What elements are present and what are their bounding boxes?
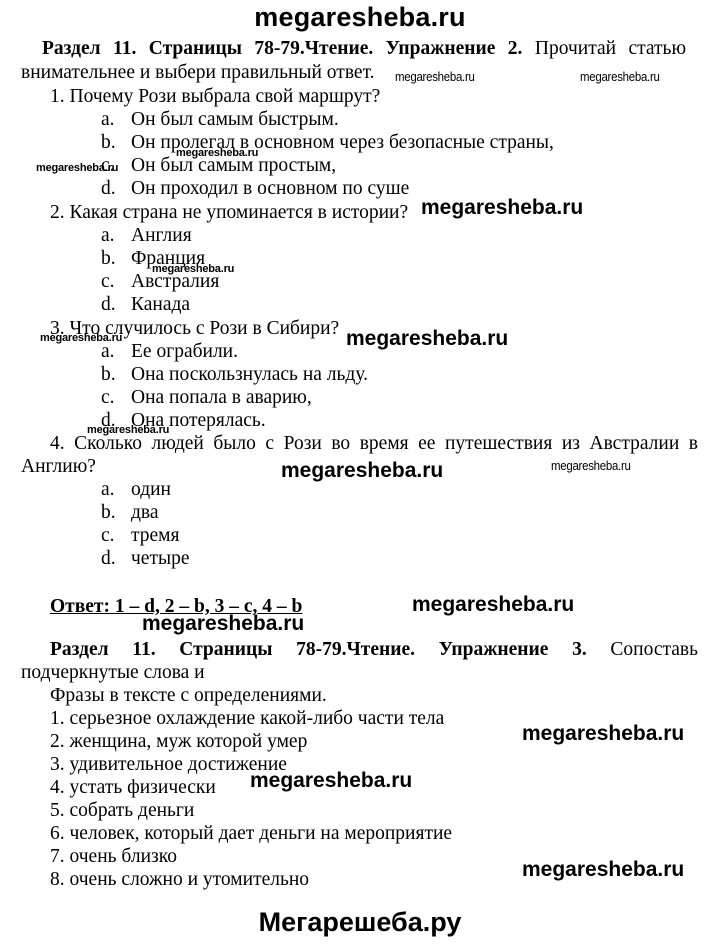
watermark: megaresheba.ru [522, 858, 684, 882]
exercise3-instruction: Сопоставь [610, 639, 698, 660]
definition-item: 4. устать физически [50, 776, 216, 799]
watermark: megaresheba.ru [87, 424, 169, 436]
exercise3-instruction-cont2: Фразы в тексте с определениями. [50, 684, 327, 707]
option-3c: c.Она попала в аварию, [101, 386, 312, 409]
exercise2-heading-line: Раздел 11. Страницы 78-79.Чтение. Упражн… [42, 37, 686, 60]
definition-item: 8. очень сложно и утомительно [50, 868, 309, 891]
option-4c: c.тремя [101, 524, 179, 547]
definition-item: 6. человек, который дает деньги на мероп… [50, 822, 452, 845]
footer-site-title: Мегарешеба.ру [0, 907, 720, 938]
watermark: megaresheba.ru [522, 722, 684, 746]
option-2a: a.Англия [101, 224, 192, 247]
question-2: 2. Какая страна не упоминается в истории… [50, 201, 408, 224]
exercise3-heading: Раздел 11. Страницы 78-79.Чтение. Упражн… [50, 639, 587, 660]
watermark: megaresheba.ru [551, 458, 631, 473]
definition-item: 7. очень близко [50, 845, 177, 868]
watermark: megaresheba.ru [40, 332, 122, 344]
watermark: megaresheba.ru [142, 612, 304, 636]
exercise3-instruction-cont: подчеркнутые слова и [21, 661, 205, 684]
exercise2-instruction-cont: внимательнее и выбери правильный ответ. [21, 61, 375, 84]
option-4b: b.два [101, 501, 159, 524]
option-3b: b.Она поскользнулась на льду. [101, 363, 368, 386]
question-4-cont: Англию? [21, 455, 96, 478]
watermark: megaresheba.ru [250, 769, 412, 793]
question-1: 1. Почему Рози выбрала свой маршрут? [50, 85, 380, 108]
definition-item: 2. женщина, муж которой умер [50, 730, 307, 753]
option-1b: b.Он пролегал в основном через безопасны… [101, 131, 554, 154]
watermark: megaresheba.ru [281, 459, 443, 483]
site-title: megaresheba.ru [0, 2, 720, 33]
definition-item: 5. собрать деньги [50, 799, 194, 822]
option-4d: d.четыре [101, 547, 190, 570]
option-4a: a.один [101, 478, 171, 501]
watermark: megaresheba.ru [346, 327, 508, 351]
watermark: megaresheba.ru [580, 69, 660, 84]
watermark: megaresheba.ru [412, 593, 574, 617]
exercise3-heading-line: Раздел 11. Страницы 78-79.Чтение. Упражн… [50, 638, 698, 661]
exercise2-instruction: Прочитай статью [535, 38, 686, 59]
watermark: megaresheba.ru [395, 69, 475, 84]
watermark: megaresheba.ru [421, 196, 583, 220]
watermark: megaresheba.ru [176, 147, 258, 159]
watermark: megaresheba.ru [152, 263, 234, 275]
watermark: megaresheba.ru [36, 162, 118, 174]
option-2d: d.Канада [101, 293, 190, 316]
option-1d: d.Он проходил в основном по суше [101, 177, 409, 200]
exercise2-heading: Раздел 11. Страницы 78-79.Чтение. Упражн… [42, 38, 522, 59]
definition-item: 1. серьезное охлаждение какой-либо части… [50, 707, 444, 730]
option-1a: a.Он был самым быстрым. [101, 108, 339, 131]
